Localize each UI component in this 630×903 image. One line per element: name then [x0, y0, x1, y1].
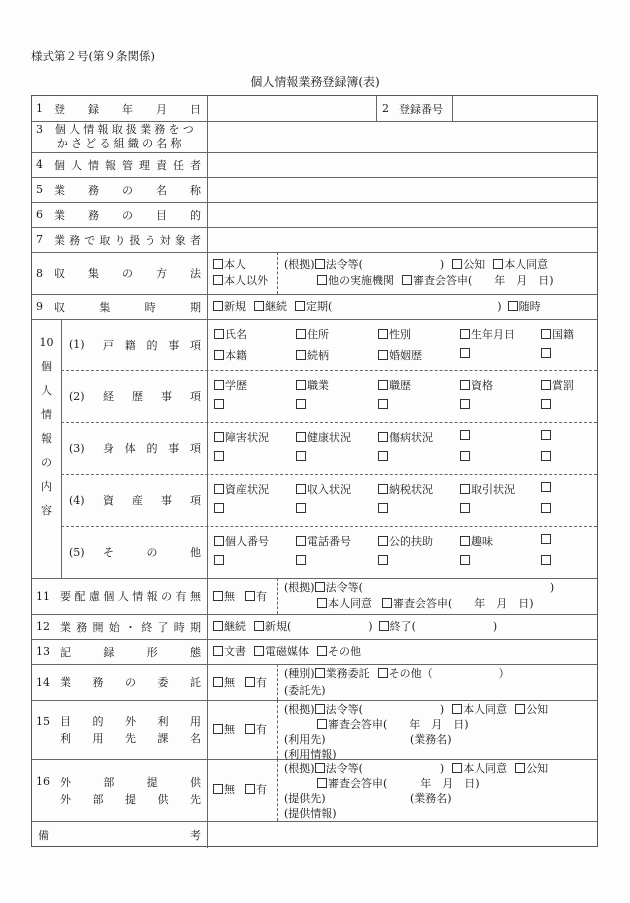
external-provision-basis-line2: 審査会答申( 年 月 日): [317, 775, 480, 792]
checkbox-label: 公的扶助: [389, 535, 433, 548]
checkbox-label: 資産状況: [225, 483, 269, 496]
checkbox[interactable]: [214, 350, 224, 360]
info-option[interactable]: 資格: [460, 379, 493, 392]
option-council-report[interactable]: 審査会答申( 年 月 日): [317, 718, 469, 731]
info-item: [378, 398, 389, 411]
checkbox[interactable]: [315, 704, 325, 714]
row-number: 12: [32, 620, 60, 633]
sub-label: (3)身体的事項: [63, 422, 207, 474]
checkbox[interactable]: [493, 259, 503, 269]
info-option[interactable]: [460, 502, 471, 515]
checkbox[interactable]: [515, 763, 525, 773]
info-option[interactable]: [460, 554, 471, 567]
form-number: 様式第２号(第９条関係): [31, 48, 155, 64]
option-exists[interactable]: 有: [245, 676, 267, 689]
row-number: 1: [32, 102, 54, 115]
checkbox-label: 有: [256, 676, 267, 689]
checkbox[interactable]: [245, 784, 255, 794]
option-council-report[interactable]: 審査会答申( 年 月 日): [402, 274, 554, 287]
label-organization-name: 3 個人情報取扱業務をつ かさどる組織の名称: [36, 123, 197, 151]
checkbox[interactable]: [296, 503, 306, 513]
info-option[interactable]: 資産状況: [214, 483, 269, 496]
checkbox[interactable]: [452, 259, 462, 269]
sub-label-text: その他: [103, 544, 207, 560]
info-item: [296, 502, 307, 515]
option-continuing[interactable]: 継続: [213, 620, 246, 633]
info-label: (提供情報): [284, 807, 337, 820]
info-option[interactable]: [378, 502, 389, 515]
option-laws[interactable]: 法令等( ): [315, 762, 445, 775]
checkbox[interactable]: [378, 451, 388, 461]
checkbox[interactable]: [254, 646, 264, 656]
checkbox-label: 健康状況: [307, 431, 351, 444]
row-number: 14: [32, 676, 60, 689]
option-other-than-self[interactable]: 本人以外: [213, 274, 268, 287]
column-divider: [277, 759, 278, 821]
checkbox[interactable]: [515, 704, 525, 714]
checkbox[interactable]: [213, 591, 223, 601]
option-laws[interactable]: 法令等( ): [315, 703, 445, 716]
info-option[interactable]: [541, 429, 552, 442]
row-label: 業務で取り扱う対象者: [54, 232, 207, 248]
checkbox-label: 無: [224, 783, 235, 796]
checkbox[interactable]: [378, 350, 388, 360]
checkbox[interactable]: [460, 484, 470, 494]
checkbox[interactable]: [317, 719, 327, 729]
checkbox[interactable]: [245, 677, 255, 687]
checkbox-label: 新規: [224, 300, 246, 313]
option-document[interactable]: 文書: [213, 645, 246, 658]
checkbox[interactable]: [317, 598, 327, 608]
sub-label-text: 戸籍的事項: [103, 337, 207, 353]
row-number: 4: [32, 158, 54, 171]
checkbox-label: 性別: [389, 328, 411, 341]
checkbox[interactable]: [296, 329, 306, 339]
info-item: [541, 429, 552, 442]
option-public[interactable]: 公知: [515, 762, 548, 775]
checkbox[interactable]: [317, 275, 327, 285]
option-none[interactable]: 無: [213, 590, 235, 603]
sub-label: (2)経歴事項: [63, 370, 207, 422]
info-option[interactable]: [541, 450, 552, 463]
info-option[interactable]: 職歴: [378, 379, 411, 392]
row-label: 業務開始・終了時期: [60, 619, 207, 635]
option-exists[interactable]: 有: [245, 590, 267, 603]
row-label: 業務の委託: [60, 674, 207, 690]
info-option[interactable]: [214, 398, 225, 411]
option-council-report[interactable]: 審査会答申( 年 月 日): [382, 597, 534, 610]
label-external-provision-line2: 外部提供先: [32, 790, 207, 807]
target-persons-field[interactable]: [209, 229, 594, 250]
label-remarks: 備考: [32, 821, 207, 848]
info-option[interactable]: [541, 554, 552, 567]
info-option[interactable]: [378, 398, 389, 411]
checkbox[interactable]: [541, 534, 551, 544]
label-non-purpose-use-line2: 利用先課名: [32, 730, 207, 747]
info-item: [214, 450, 225, 463]
checkbox-label: 公知: [463, 258, 485, 271]
info-option[interactable]: 電話番号: [296, 535, 351, 548]
info-option[interactable]: [541, 533, 552, 546]
info-option[interactable]: 氏名: [214, 328, 247, 341]
checkbox[interactable]: [541, 555, 551, 565]
option-exists[interactable]: 有: [245, 783, 267, 796]
option-public[interactable]: 公知: [452, 258, 485, 271]
checkbox[interactable]: [315, 668, 325, 678]
checkbox[interactable]: [213, 621, 223, 631]
checkbox[interactable]: [382, 598, 392, 608]
checkbox[interactable]: [315, 259, 325, 269]
checkbox[interactable]: [213, 677, 223, 687]
checkbox[interactable]: [214, 329, 224, 339]
checkbox-label: 審査会答申( 年 月 日): [413, 274, 554, 287]
info-item: 納税状況: [378, 481, 433, 497]
info-option[interactable]: 生年月日: [460, 328, 515, 341]
checkbox-label: 収入状況: [307, 483, 351, 496]
info-option[interactable]: [541, 347, 552, 360]
checkbox[interactable]: [296, 451, 306, 461]
info-option[interactable]: [541, 398, 552, 411]
checkbox-label: 本人同意: [328, 597, 372, 610]
sensitive-basis-line2: 本人同意審査会答申( 年 月 日): [317, 595, 534, 612]
option-consent[interactable]: 本人同意: [452, 762, 507, 775]
checkbox[interactable]: [315, 763, 325, 773]
organization-name-field[interactable]: [209, 123, 594, 150]
info-item: 傷病状況: [378, 429, 433, 445]
info-option[interactable]: [214, 450, 225, 463]
info-item: 住所: [296, 326, 329, 342]
info-option[interactable]: 国籍: [541, 328, 574, 341]
checkbox[interactable]: [214, 399, 224, 409]
outsourcing-type: (種別)業務委託その他（ ）: [284, 665, 510, 682]
checkbox-label: 本人同意: [463, 762, 507, 775]
checkbox-label: 無: [224, 723, 235, 736]
option-council-report[interactable]: 審査会答申( 年 月 日): [317, 777, 480, 790]
option-contract[interactable]: 業務委託: [315, 667, 370, 680]
sensitive-basis-line1: (根拠)法令等( ): [284, 579, 554, 596]
checkbox[interactable]: [541, 451, 551, 461]
info-option[interactable]: 婚姻歴: [378, 349, 422, 362]
option-new[interactable]: 新規( ): [254, 620, 373, 633]
business-name-field[interactable]: [209, 179, 594, 200]
option-laws[interactable]: 法令等( ): [315, 581, 555, 594]
info-item: 賞罰: [541, 377, 574, 393]
checkbox[interactable]: [315, 582, 325, 592]
destination-label: (提供先): [284, 792, 326, 805]
info-option[interactable]: 続柄: [296, 349, 329, 362]
info-option[interactable]: 健康状況: [296, 431, 351, 444]
registration-number-field[interactable]: [453, 98, 596, 120]
info-item: [214, 554, 225, 567]
checkbox[interactable]: [378, 536, 388, 546]
checkbox-label: 本人同意: [504, 258, 548, 271]
checkbox[interactable]: [541, 399, 551, 409]
row-number: 9: [32, 300, 54, 313]
row-label: 利用先課名: [60, 730, 207, 746]
checkbox[interactable]: [254, 621, 264, 631]
checkbox[interactable]: [214, 555, 224, 565]
row-label: 収集時期: [54, 299, 207, 315]
option-none[interactable]: 無: [213, 783, 235, 796]
checkbox[interactable]: [214, 503, 224, 513]
checkbox[interactable]: [254, 301, 264, 311]
option-anytime[interactable]: 随時: [508, 300, 541, 313]
checkbox[interactable]: [296, 536, 306, 546]
checkbox-label: 学歴: [225, 379, 247, 392]
row-number: 2: [376, 102, 399, 115]
info-option[interactable]: [378, 554, 389, 567]
label-record-format: 13記録形態: [32, 639, 207, 664]
row-label: 目的外利用: [60, 713, 207, 729]
label-business-name: 5業務の名称: [32, 177, 207, 202]
checkbox[interactable]: [214, 451, 224, 461]
checkbox[interactable]: [213, 724, 223, 734]
record-format-options: 文書電磁媒体その他: [213, 643, 361, 660]
checkbox-label: 電磁媒体: [265, 645, 309, 658]
label-non-purpose-use: 15目的外利用: [32, 713, 207, 730]
checkbox[interactable]: [245, 724, 255, 734]
row-number: 7: [32, 233, 54, 246]
info-item: [378, 554, 389, 567]
non-purpose-use-business-name: (業務名): [410, 731, 452, 748]
info-option[interactable]: 本籍: [214, 349, 247, 362]
business-period-options: 継続新規( )終了( ): [213, 618, 497, 635]
checkbox[interactable]: [378, 668, 388, 678]
option-exists[interactable]: 有: [245, 723, 267, 736]
checkbox[interactable]: [213, 301, 223, 311]
remarks-field[interactable]: [209, 823, 594, 845]
checkbox[interactable]: [541, 380, 551, 390]
option-continuing[interactable]: 継続: [254, 300, 287, 313]
info-option[interactable]: 公的扶助: [378, 535, 433, 548]
checkbox[interactable]: [541, 348, 551, 358]
info-item: 取引状況: [460, 481, 515, 497]
info-item: 公的扶助: [378, 533, 433, 549]
row-label: 登録番号: [399, 101, 443, 117]
checkbox[interactable]: [460, 555, 470, 565]
option-none[interactable]: 無: [213, 723, 235, 736]
checkbox-label: 他の実施機関: [328, 274, 394, 287]
option-end[interactable]: 終了( ): [379, 620, 498, 633]
checkbox[interactable]: [379, 621, 389, 631]
contractor-label: (委託先): [284, 684, 326, 697]
checkbox[interactable]: [296, 380, 306, 390]
checkbox[interactable]: [214, 432, 224, 442]
info-item: 資産状況: [214, 481, 269, 497]
external-provision-info: (提供情報): [284, 805, 337, 822]
info-option[interactable]: [541, 502, 552, 515]
checkbox-label: 本人同意: [463, 703, 507, 716]
checkbox-label: 生年月日: [471, 328, 515, 341]
checkbox[interactable]: [402, 275, 412, 285]
label-business-period: 12業務開始・終了時期: [32, 614, 207, 639]
column-divider: [207, 96, 208, 848]
checkbox[interactable]: [378, 484, 388, 494]
checkbox[interactable]: [213, 275, 223, 285]
business-purpose-field[interactable]: [209, 204, 594, 225]
checkbox[interactable]: [460, 503, 470, 513]
checkbox-label: 国籍: [552, 328, 574, 341]
collection-basis-line2: 他の実施機関審査会答申( 年 月 日): [317, 272, 554, 289]
option-electronic[interactable]: 電磁媒体: [254, 645, 309, 658]
info-item: 健康状況: [296, 429, 351, 445]
row-number: 6: [32, 208, 54, 221]
column-divider: [277, 664, 278, 700]
info-item: [460, 429, 471, 442]
checkbox-label: 続柄: [307, 349, 329, 362]
info-item: [296, 398, 307, 411]
info-option[interactable]: [214, 554, 225, 567]
info-item: 障害状況: [214, 429, 269, 445]
checkbox-label: 取引状況: [471, 483, 515, 496]
option-consent[interactable]: 本人同意: [452, 703, 507, 716]
checkbox[interactable]: [214, 536, 224, 546]
checkbox-label: 審査会答申( 年 月 日): [393, 597, 534, 610]
checkbox[interactable]: [245, 591, 255, 601]
checkbox[interactable]: [541, 482, 551, 492]
option-other-agency[interactable]: 他の実施機関: [317, 274, 394, 287]
option-other[interactable]: その他: [317, 645, 361, 658]
checkbox-label: 無: [224, 676, 235, 689]
checkbox-label: 障害状況: [225, 431, 269, 444]
info-option[interactable]: 収入状況: [296, 483, 351, 496]
option-none[interactable]: 無: [213, 676, 235, 689]
info-option[interactable]: [460, 347, 471, 360]
checkbox-label: 無: [224, 590, 235, 603]
checkbox[interactable]: [296, 399, 306, 409]
info-item: [214, 398, 225, 411]
checkbox[interactable]: [296, 432, 306, 442]
checkbox[interactable]: [213, 646, 223, 656]
checkbox[interactable]: [214, 484, 224, 494]
info-item: [378, 450, 389, 463]
checkbox[interactable]: [508, 301, 518, 311]
info-option[interactable]: [296, 554, 307, 567]
checkbox[interactable]: [378, 503, 388, 513]
checkbox[interactable]: [460, 430, 470, 440]
info-option[interactable]: 納税状況: [378, 483, 433, 496]
info-item: [541, 481, 552, 494]
checkbox[interactable]: [214, 380, 224, 390]
info-option[interactable]: [296, 398, 307, 411]
label-external-provision: 16外部提供: [32, 773, 207, 790]
info-item: [541, 450, 552, 463]
row-number: 11: [32, 590, 60, 603]
info-option[interactable]: [460, 398, 471, 411]
checkbox[interactable]: [452, 763, 462, 773]
external-provision-business-name: (業務名): [410, 790, 452, 807]
checkbox-label: 法令等( ): [326, 703, 445, 716]
checkbox-label: 審査会答申( 年 月 日): [328, 718, 469, 731]
info-item: [460, 450, 471, 463]
info-option[interactable]: [460, 450, 471, 463]
checkbox[interactable]: [541, 430, 551, 440]
checkbox[interactable]: [541, 503, 551, 513]
option-public[interactable]: 公知: [515, 703, 548, 716]
info-option[interactable]: 取引状況: [460, 483, 515, 496]
checkbox[interactable]: [213, 259, 223, 269]
info-item: 学歴: [214, 377, 247, 393]
checkbox[interactable]: [296, 555, 306, 565]
info-option[interactable]: [460, 429, 471, 442]
checkbox-label: 納税状況: [389, 483, 433, 496]
checkbox[interactable]: [460, 536, 470, 546]
business-name-label: (業務名): [410, 733, 452, 746]
info-option[interactable]: 趣味: [460, 535, 493, 548]
checkbox[interactable]: [317, 646, 327, 656]
checkbox-label: 有: [256, 590, 267, 603]
manager-field[interactable]: [209, 154, 594, 175]
info-item: [541, 398, 552, 411]
checkbox[interactable]: [378, 399, 388, 409]
info-item: 本籍: [214, 347, 247, 363]
info-option[interactable]: 傷病状況: [378, 431, 433, 444]
checkbox[interactable]: [452, 704, 462, 714]
info-option[interactable]: 障害状況: [214, 431, 269, 444]
checkbox-label: 法令等( ): [326, 581, 555, 594]
option-periodic[interactable]: 定期( ): [295, 300, 502, 313]
checkbox[interactable]: [378, 329, 388, 339]
column-divider: [277, 578, 278, 614]
checkbox[interactable]: [460, 348, 470, 358]
row-label: 要配慮個人情報の有無: [60, 588, 207, 604]
checkbox-label: 本人: [224, 258, 246, 271]
checkbox[interactable]: [295, 301, 305, 311]
checkbox[interactable]: [541, 329, 551, 339]
checkbox-label: 終了( ): [390, 620, 498, 633]
checkbox-label: 職業: [307, 379, 329, 392]
checkbox[interactable]: [317, 778, 327, 788]
checkbox[interactable]: [378, 380, 388, 390]
info-option[interactable]: 賞罰: [541, 379, 574, 392]
info-option[interactable]: 住所: [296, 328, 329, 341]
row-label: 外部提供: [60, 774, 207, 790]
document-title: 個人情報業務登録簿(表): [0, 73, 630, 90]
option-other[interactable]: その他（ ）: [378, 667, 510, 680]
option-new[interactable]: 新規: [213, 300, 246, 313]
info-item: 氏名: [214, 326, 247, 342]
checkbox[interactable]: [378, 555, 388, 565]
label-registration-date: 1登録年月日: [32, 96, 207, 121]
info-option[interactable]: [296, 450, 307, 463]
checkbox[interactable]: [378, 432, 388, 442]
info-option[interactable]: [296, 502, 307, 515]
option-consent[interactable]: 本人同意: [317, 597, 372, 610]
checkbox[interactable]: [296, 484, 306, 494]
row-number: 8: [32, 267, 54, 280]
label-collection-method: 8収集の方法: [32, 252, 207, 294]
option-consent[interactable]: 本人同意: [493, 258, 548, 271]
checkbox[interactable]: [460, 329, 470, 339]
info-option[interactable]: [378, 450, 389, 463]
info-option[interactable]: [214, 502, 225, 515]
option-self[interactable]: 本人: [213, 258, 246, 271]
info-option[interactable]: [541, 481, 552, 494]
info-option[interactable]: 学歴: [214, 379, 247, 392]
info-option[interactable]: 個人番号: [214, 535, 269, 548]
checkbox[interactable]: [296, 350, 306, 360]
registration-date-field[interactable]: [209, 98, 374, 120]
checkbox[interactable]: [213, 784, 223, 794]
sub-number: (1): [63, 338, 103, 351]
info-option[interactable]: 性別: [378, 328, 411, 341]
info-option[interactable]: 職業: [296, 379, 329, 392]
checkbox[interactable]: [460, 451, 470, 461]
checkbox[interactable]: [460, 399, 470, 409]
checkbox[interactable]: [460, 380, 470, 390]
option-laws[interactable]: 法令等( ): [315, 258, 445, 271]
info-item: 国籍: [541, 326, 574, 342]
